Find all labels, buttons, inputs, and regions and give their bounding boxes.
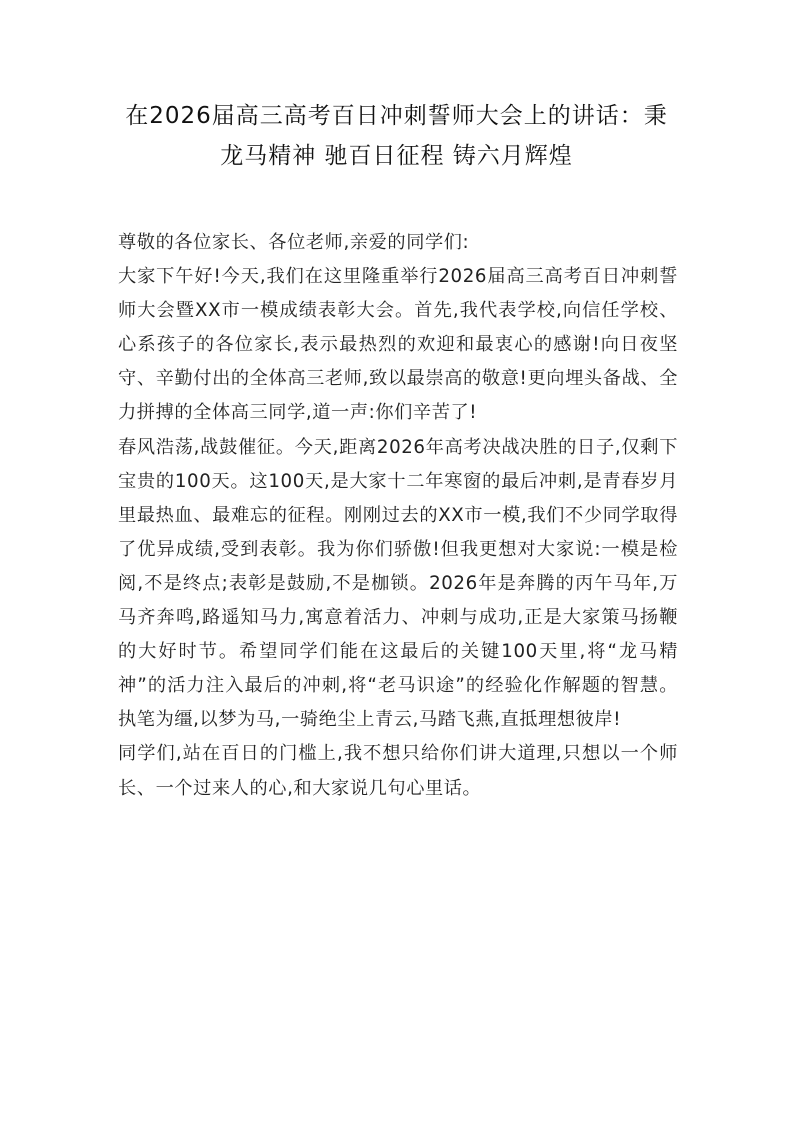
document-body: 尊敬的各位家长、各位老师,亲爱的同学们: 大家下午好!今天,我们在这里隆重举行2…: [118, 226, 678, 806]
body-paragraph: 同学们,站在百日的门槛上,我不想只给你们讲大道理,只想以一个师长、一个过来人的心…: [118, 737, 678, 805]
document-page: 在2026届高三高考百日冲刺誓师大会上的讲话：秉 龙马精神 驰百日征程 铸六月辉…: [0, 0, 793, 1122]
body-paragraph: 大家下午好!今天,我们在这里隆重举行2026届高三高考百日冲刺誓师大会暨XX市一…: [118, 260, 678, 430]
salutation-paragraph: 尊敬的各位家长、各位老师,亲爱的同学们:: [118, 226, 678, 260]
document-title: 在2026届高三高考百日冲刺誓师大会上的讲话：秉 龙马精神 驰百日征程 铸六月辉…: [100, 96, 693, 176]
body-paragraph: 春风浩荡,战鼓催征。今天,距离2026年高考决战决胜的日子,仅剩下宝贵的100天…: [118, 431, 678, 738]
title-line-2: 龙马精神 驰百日征程 铸六月辉煌: [100, 136, 693, 176]
title-line-1: 在2026届高三高考百日冲刺誓师大会上的讲话：秉: [100, 96, 693, 136]
